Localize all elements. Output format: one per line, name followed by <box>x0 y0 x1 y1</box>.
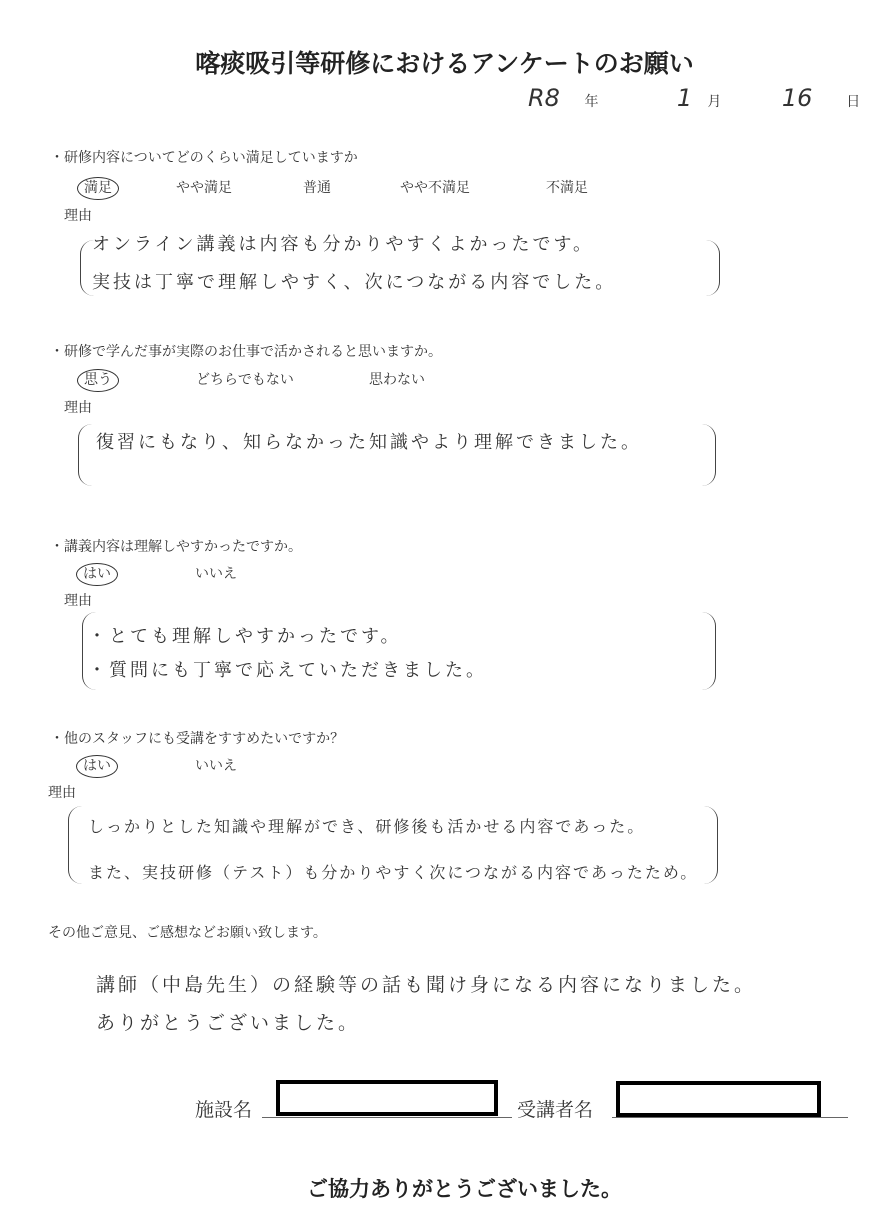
q4-option-no[interactable]: いいえ <box>195 755 237 775</box>
date-era-year: R8 <box>528 84 580 112</box>
facility-name-label: 施設名 <box>195 1095 252 1122</box>
q4-option-yes[interactable]: はい <box>83 755 118 775</box>
q4-reason-line-1: しっかりとした知識や理解ができ、研修後も活かせる内容であった。 <box>88 814 645 837</box>
q3-reason-line-1: ・とても理解しやすかったです。 <box>88 622 402 648</box>
q3-reason-line-2: ・質問にも丁寧で応えていただきました。 <box>88 656 487 682</box>
question-2-text: ・研修で学んだ事が実際のお仕事で活かされると思いますか。 <box>50 341 442 361</box>
date-month: 1 <box>677 84 703 112</box>
date-day: 16 <box>782 84 842 112</box>
date-day-label: 日 <box>846 91 860 111</box>
other-comments-label: その他ご意見、ご感想などお願い致します。 <box>48 922 327 942</box>
q2-option-no[interactable]: 思わない <box>369 369 425 389</box>
q4-reason-label: 理由 <box>48 782 76 802</box>
q2-option-yes[interactable]: 思う <box>84 369 119 389</box>
q4-option-yes-label: はい <box>76 755 118 778</box>
q3-option-yes-label: はい <box>76 563 118 586</box>
date-month-label: 月 <box>707 91 777 111</box>
q2-reason-line-1: 復習にもなり、知らなかった知識やより理解できました。 <box>96 428 642 454</box>
q1-option-satisfied-label: 満足 <box>77 177 119 200</box>
q2-option-yes-label: 思う <box>77 369 119 392</box>
q4-reason-line-2: また、実技研修（テスト）も分かりやすく次につながる内容であったため。 <box>88 860 698 883</box>
date-field: R8 年 1 月 16 日 <box>528 84 860 112</box>
q3-option-no[interactable]: いいえ <box>195 563 237 583</box>
q1-reason-line-2: 実技は丁寧で理解しやすく、次につながる内容でした。 <box>92 268 616 294</box>
q1-reason-label: 理由 <box>64 205 92 225</box>
q1-option-satisfied[interactable]: 満足 <box>84 177 119 197</box>
q1-option-dissatisfied[interactable]: 不満足 <box>546 177 588 197</box>
other-comments-line-2: ありがとうございました。 <box>96 1008 360 1035</box>
attendee-name-label: 受講者名 <box>517 1095 593 1122</box>
form-title: 喀痰吸引等研修におけるアンケートのお願い <box>0 44 889 80</box>
thanks-message: ご協力ありがとうございました。 <box>0 1173 889 1203</box>
q2-reason-label: 理由 <box>64 397 92 417</box>
question-1-text: ・研修内容についてどのくらい満足していますか <box>50 147 358 167</box>
q1-reason-line-1: オンライン講義は内容も分かりやすくよかったです。 <box>92 230 594 256</box>
q2-option-neither[interactable]: どちらでもない <box>196 369 294 389</box>
q1-option-somewhat-dissatisfied[interactable]: やや不満足 <box>400 177 470 197</box>
facility-name-underline <box>262 1117 512 1118</box>
question-4-text: ・他のスタッフにも受講をすすめたいですか？ <box>50 728 344 748</box>
q1-option-somewhat-satisfied[interactable]: やや満足 <box>176 177 232 197</box>
question-3-text: ・講義内容は理解しやすかったですか。 <box>50 536 302 556</box>
q3-reason-label: 理由 <box>64 590 92 610</box>
other-comments-line-1[interactable]: 講師（中島先生）の経験等の話も聞け身になる内容になりました。 <box>96 970 756 997</box>
facility-name-field[interactable] <box>276 1080 498 1116</box>
q3-option-yes[interactable]: はい <box>83 563 118 583</box>
attendee-name-underline <box>612 1117 848 1118</box>
date-year-label: 年 <box>584 91 672 111</box>
q1-option-neutral[interactable]: 普通 <box>303 177 331 197</box>
attendee-name-field[interactable] <box>616 1081 821 1117</box>
